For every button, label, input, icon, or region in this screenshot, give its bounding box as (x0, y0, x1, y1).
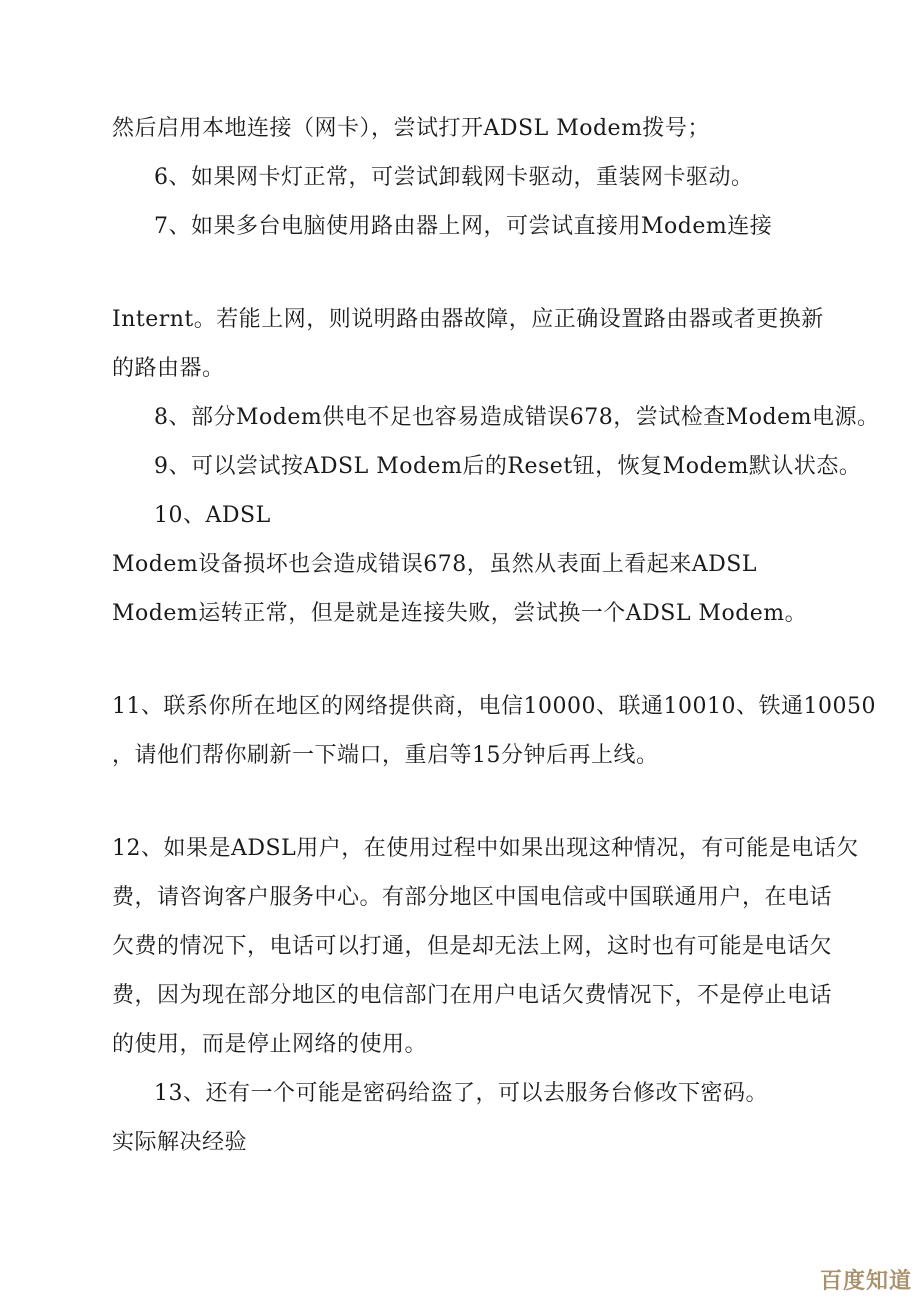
text-line: 的使用，而是停止网络的使用。 (112, 1020, 820, 1069)
text-line: 8、部分Modem供电不足也容易造成错误678，尝试检查Modem电源。 (112, 393, 820, 442)
text-line: 费，请咨询客户服务中心。有部分地区中国电信或中国联通用户，在电话 (112, 873, 820, 922)
text-line: 然后启用本地连接（网卡），尝试打开ADSL Modem拨号； (112, 104, 820, 153)
text-line: 欠费的情况下，电话可以打通，但是却无法上网，这时也有可能是电话欠 (112, 922, 820, 971)
text-line: 实际解决经验 (112, 1118, 820, 1167)
text-line: 11、联系你所在地区的网络提供商，电信10000、联通10010、铁通10050 (112, 682, 820, 731)
text-line: 费，因为现在部分地区的电信部门在用户电话欠费情况下，不是停止电话 (112, 971, 820, 1020)
text-line: 10、ADSL (112, 491, 820, 540)
document-page: 然后启用本地连接（网卡），尝试打开ADSL Modem拨号； 6、如果网卡灯正常… (0, 0, 920, 1302)
document-body: 然后启用本地连接（网卡），尝试打开ADSL Modem拨号； 6、如果网卡灯正常… (112, 104, 820, 1167)
text-line: 13、还有一个可能是密码给盗了，可以去服务台修改下密码。 (112, 1069, 820, 1118)
text-line: Modem设备损坏也会造成错误678，虽然从表面上看起来ADSL (112, 540, 820, 589)
text-line: Internt。若能上网，则说明路由器故障，应正确设置路由器或者更换新 (112, 295, 820, 344)
text-line: ，请他们帮你刷新一下端口，重启等15分钟后再上线。 (112, 731, 820, 780)
text-line: Modem运转正常，但是就是连接失败，尝试换一个ADSL Modem。 (112, 589, 820, 638)
text-line: 的路由器。 (112, 344, 820, 393)
baidu-zhidao-watermark: 百度知道 (820, 1264, 912, 1295)
text-line: 9、可以尝试按ADSL Modem后的Reset钮，恢复Modem默认状态。 (112, 442, 820, 491)
text-line: 7、如果多台电脑使用路由器上网，可尝试直接用Modem连接 (112, 202, 820, 251)
text-line: 6、如果网卡灯正常，可尝试卸载网卡驱动，重装网卡驱动。 (112, 153, 820, 202)
text-line: 12、如果是ADSL用户，在使用过程中如果出现这种情况，有可能是电话欠 (112, 824, 820, 873)
